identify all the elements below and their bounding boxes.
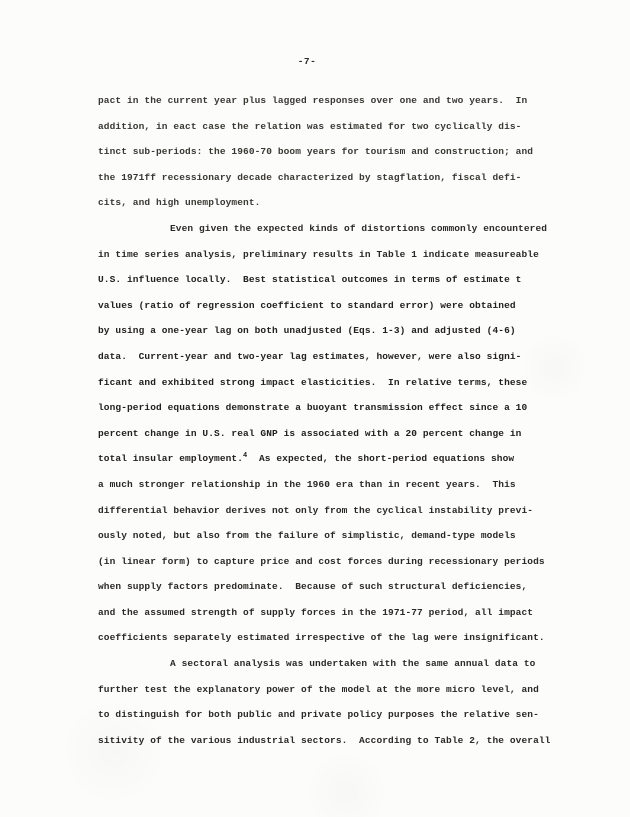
text-line: cits, and high unemployment. <box>98 190 568 216</box>
text-line: further test the explanatory power of th… <box>98 677 568 703</box>
text-line: U.S. influence locally. Best statistical… <box>98 267 568 293</box>
text-line: and the assumed strength of supply force… <box>98 600 568 626</box>
text-line: values (ratio of regression coefficient … <box>98 293 568 319</box>
text-line: addition, in eact case the relation was … <box>98 114 568 140</box>
text-line: A sectoral analysis was undertaken with … <box>98 651 568 677</box>
document-page: -7- pact in the current year plus lagged… <box>0 0 630 817</box>
text-line: by using a one-year lag on both unadjust… <box>98 318 568 344</box>
text-line-with-footnote: total insular employment.4 As expected, … <box>98 446 568 472</box>
footnote-marker: 4 <box>243 452 247 460</box>
body-text: pact in the current year plus lagged res… <box>98 88 568 753</box>
text-segment: total insular employment. <box>98 453 243 464</box>
text-line: coefficients separately estimated irresp… <box>98 625 568 651</box>
text-line: differential behavior derives not only f… <box>98 498 568 524</box>
text-line: the 1971ff recessionary decade character… <box>98 165 568 191</box>
text-line: Even given the expected kinds of distort… <box>98 216 568 242</box>
text-line: ously noted, but also from the failure o… <box>98 523 568 549</box>
text-line: pact in the current year plus lagged res… <box>98 88 568 114</box>
text-line: tinct sub-periods: the 1960-70 boom year… <box>98 139 568 165</box>
text-line: when supply factors predominate. Because… <box>98 574 568 600</box>
text-line: to distinguish for both public and priva… <box>98 702 568 728</box>
text-line: data. Current-year and two-year lag esti… <box>98 344 568 370</box>
text-line: percent change in U.S. real GNP is assoc… <box>98 421 568 447</box>
text-line: (in linear form) to capture price and co… <box>98 549 568 575</box>
text-segment: As expected, the short-period equations … <box>247 453 514 464</box>
text-line: a much stronger relationship in the 1960… <box>98 472 568 498</box>
page-number: -7- <box>0 56 614 67</box>
text-line: ficant and exhibited strong impact elast… <box>98 370 568 396</box>
text-line: long-period equations demonstrate a buoy… <box>98 395 568 421</box>
text-line: sitivity of the various industrial secto… <box>98 728 568 754</box>
text-line: in time series analysis, preliminary res… <box>98 242 568 268</box>
